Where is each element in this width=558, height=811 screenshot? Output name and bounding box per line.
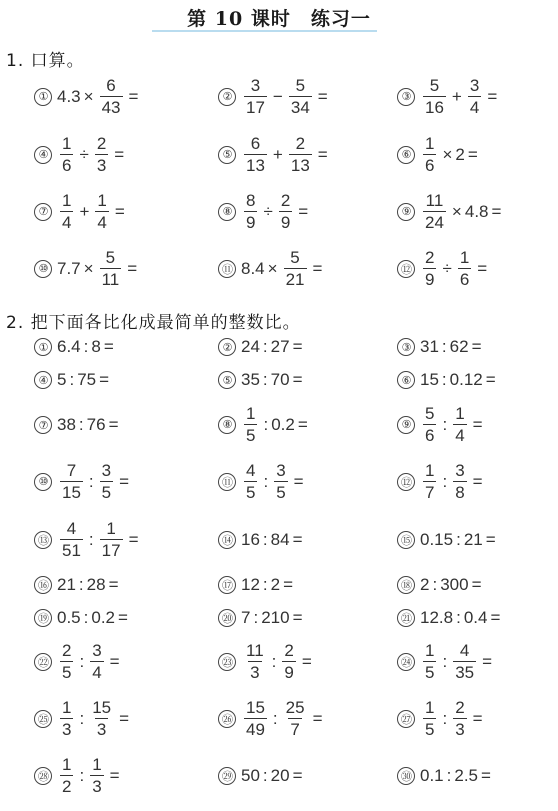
operator: ÷ [79, 145, 88, 165]
operator: × [452, 202, 462, 222]
fraction: 317 [244, 77, 267, 116]
fraction: 15 [244, 405, 257, 444]
fraction: 23 [95, 135, 108, 174]
problem-number: ⑦ [34, 203, 52, 221]
fraction: 56 [423, 405, 436, 444]
number: 2.5 [454, 766, 478, 786]
problem-item: ㉒25:34= [34, 642, 123, 681]
denominator: 3 [248, 661, 261, 681]
problem-number: ⑭ [218, 531, 236, 549]
numerator: 1 [90, 756, 103, 775]
denominator: 13 [244, 154, 267, 174]
denominator: 9 [244, 211, 257, 231]
number: 20 [271, 766, 290, 786]
problem-item: ㉖1549:257= [218, 699, 326, 738]
section-1-heading: 1. 口算。 [6, 46, 85, 71]
fraction: 1549 [244, 699, 267, 738]
operator: : [263, 530, 268, 550]
operator: : [263, 472, 268, 492]
problem-item: ②317−534= [218, 77, 331, 116]
problem-item: ⑰12:2= [218, 575, 296, 595]
operator: : [89, 472, 94, 492]
problem-item: ⑬451:117= [34, 520, 142, 559]
denominator: 4 [453, 424, 466, 444]
problem-item: ㉕13:153= [34, 699, 132, 738]
operator: = [486, 370, 496, 390]
denominator: 15 [60, 481, 83, 501]
operator: + [452, 87, 462, 107]
operator: = [472, 575, 482, 595]
denominator: 5 [244, 424, 257, 444]
operator: = [490, 608, 500, 628]
operator: × [84, 259, 94, 279]
operator: = [482, 652, 492, 672]
problem-item: ⑦38:76= [34, 415, 122, 435]
number: 0.5 [57, 608, 81, 628]
operator: = [127, 259, 137, 279]
numerator: 2 [282, 642, 295, 661]
number: 0.2 [271, 415, 295, 435]
denominator: 5 [100, 481, 113, 501]
numerator: 2 [95, 135, 108, 154]
fraction: 213 [289, 135, 312, 174]
operator: = [473, 709, 483, 729]
operator: = [477, 259, 487, 279]
numerator: 15 [90, 699, 113, 718]
operator: = [293, 337, 303, 357]
numerator: 3 [100, 462, 113, 481]
denominator: 5 [244, 481, 257, 501]
fraction: 511 [100, 249, 122, 288]
number: 84 [271, 530, 290, 550]
problem-item: ⑮0.15:21= [397, 530, 499, 550]
number: 21 [464, 530, 483, 550]
operator: = [99, 370, 109, 390]
operator: : [69, 370, 74, 390]
problem-number: ⑨ [397, 416, 415, 434]
denominator: 2 [60, 775, 73, 795]
operator: : [272, 652, 277, 672]
numerator: 2 [453, 699, 466, 718]
numerator: 1 [423, 135, 436, 154]
numerator: 1 [423, 462, 436, 481]
number: 2 [455, 145, 464, 165]
operator: = [294, 472, 304, 492]
number: 0.12 [450, 370, 483, 390]
fraction: 38 [453, 462, 466, 501]
numerator: 2 [423, 249, 436, 268]
operator: = [110, 766, 120, 786]
operator: : [442, 652, 447, 672]
number: 16 [241, 530, 260, 550]
problem-item: ⑧15:0.2= [218, 405, 311, 444]
fraction: 15 [423, 699, 436, 738]
problem-item: ㉚0.1:2.5= [397, 766, 494, 786]
operator: ÷ [263, 202, 272, 222]
operator: = [486, 530, 496, 550]
numerator: 3 [90, 642, 103, 661]
operator: = [109, 575, 119, 595]
operator: : [456, 530, 461, 550]
operator: = [293, 766, 303, 786]
denominator: 4 [95, 211, 108, 231]
number: 7.7 [57, 259, 81, 279]
operator: = [302, 652, 312, 672]
fraction: 534 [289, 77, 312, 116]
numerator: 5 [104, 249, 117, 268]
problem-number: ⑪ [218, 260, 236, 278]
fraction: 613 [244, 135, 267, 174]
fraction: 153 [90, 699, 113, 738]
denominator: 5 [423, 661, 436, 681]
denominator: 9 [279, 211, 292, 231]
denominator: 6 [423, 154, 436, 174]
problem-number: ⑧ [218, 416, 236, 434]
denominator: 43 [100, 96, 123, 116]
denominator: 3 [453, 718, 466, 738]
denominator: 8 [453, 481, 466, 501]
operator: : [273, 709, 278, 729]
numerator: 3 [453, 462, 466, 481]
problem-item: ⑩7.7×511= [34, 249, 140, 288]
problem-number: ㉗ [397, 710, 415, 728]
problem-item: ⑥16×2= [397, 135, 481, 174]
problem-item: ⑦14+14= [34, 192, 128, 231]
operator: : [456, 608, 461, 628]
operator: = [293, 608, 303, 628]
problem-number: ⑮ [397, 531, 415, 549]
numerator: 1 [60, 699, 73, 718]
problem-item: ①6.4:8= [34, 337, 117, 357]
operator: = [473, 472, 483, 492]
operator: : [79, 709, 84, 729]
number: 70 [271, 370, 290, 390]
fraction: 25 [60, 642, 73, 681]
problem-item: ⑫29÷16= [397, 249, 490, 288]
operator: = [313, 259, 323, 279]
operator: : [442, 472, 447, 492]
fraction: 16 [60, 135, 73, 174]
denominator: 6 [458, 268, 471, 288]
fraction: 435 [453, 642, 476, 681]
numerator: 2 [279, 192, 292, 211]
denominator: 3 [60, 718, 73, 738]
number: 7 [241, 608, 250, 628]
problem-item: ⑤613+213= [218, 135, 331, 174]
denominator: 6 [423, 424, 436, 444]
numerator: 1 [458, 249, 471, 268]
numerator: 4 [65, 520, 78, 539]
number: 12 [241, 575, 260, 595]
operator: : [84, 337, 89, 357]
problem-item: ㉙50:20= [218, 766, 306, 786]
operator: = [293, 370, 303, 390]
problem-number: ㉘ [34, 767, 52, 785]
operator: : [263, 575, 268, 595]
numerator: 8 [244, 192, 257, 211]
denominator: 51 [60, 539, 83, 559]
operator: : [84, 608, 89, 628]
fraction: 113 [244, 642, 266, 681]
number: 38 [57, 415, 76, 435]
number: 0.4 [464, 608, 488, 628]
problem-number: ⑰ [218, 576, 236, 594]
operator: = [313, 709, 323, 729]
denominator: 5 [60, 661, 73, 681]
problem-item: ㉘12:13= [34, 756, 123, 795]
problem-number: ② [218, 338, 236, 356]
operator: : [442, 337, 447, 357]
numerator: 1 [244, 405, 257, 424]
operator: = [318, 87, 328, 107]
problem-number: ⑲ [34, 609, 52, 627]
numerator: 5 [288, 249, 301, 268]
fraction: 1124 [423, 192, 446, 231]
fraction: 14 [60, 192, 73, 231]
problem-item: ㉑12.8:0.4= [397, 608, 503, 628]
problem-number: ⑩ [34, 260, 52, 278]
problem-number: ⑯ [34, 576, 52, 594]
denominator: 4 [90, 661, 103, 681]
fraction: 16 [423, 135, 436, 174]
operator: − [273, 87, 283, 107]
operator: + [273, 145, 283, 165]
problem-number: ⑫ [397, 260, 415, 278]
numerator: 11 [424, 192, 446, 211]
title-underline [152, 30, 377, 32]
operator: = [119, 709, 129, 729]
fraction: 29 [279, 192, 292, 231]
number: 28 [87, 575, 106, 595]
problem-item: ④16÷23= [34, 135, 127, 174]
operator: : [79, 766, 84, 786]
number: 6.4 [57, 337, 81, 357]
fraction: 89 [244, 192, 257, 231]
fraction: 715 [60, 462, 83, 501]
operator: : [442, 415, 447, 435]
numerator: 3 [274, 462, 287, 481]
operator: = [109, 415, 119, 435]
operator: = [110, 652, 120, 672]
problem-number: ⑥ [397, 371, 415, 389]
denominator: 6 [60, 154, 73, 174]
problem-number: ⑤ [218, 371, 236, 389]
number: 2 [271, 575, 280, 595]
operator: = [473, 415, 483, 435]
numerator: 1 [423, 642, 436, 661]
number: 4.8 [465, 202, 489, 222]
fraction: 117 [100, 520, 123, 559]
denominator: 49 [244, 718, 267, 738]
number: 2 [420, 575, 429, 595]
fraction: 516 [423, 77, 446, 116]
problem-item: ③516+34= [397, 77, 500, 116]
denominator: 24 [423, 211, 446, 231]
numerator: 4 [458, 642, 471, 661]
problem-item: ⑨56:14= [397, 405, 486, 444]
denominator: 34 [289, 96, 312, 116]
problem-number: ㉓ [218, 653, 236, 671]
fraction: 13 [90, 756, 103, 795]
problem-number: ⑨ [397, 203, 415, 221]
operator: = [129, 87, 139, 107]
operator: : [263, 766, 268, 786]
operator: = [481, 766, 491, 786]
operator: : [263, 370, 268, 390]
problem-number: ㉚ [397, 767, 415, 785]
operator: = [298, 202, 308, 222]
number: 8.4 [241, 259, 265, 279]
denominator: 16 [423, 96, 446, 116]
numerator: 6 [104, 77, 117, 96]
fraction: 451 [60, 520, 83, 559]
number: 35 [241, 370, 260, 390]
problem-number: ㉖ [218, 710, 236, 728]
number: 75 [77, 370, 96, 390]
problem-number: ⑥ [397, 146, 415, 164]
numerator: 2 [60, 642, 73, 661]
operator: ÷ [442, 259, 451, 279]
numerator: 3 [468, 77, 481, 96]
number: 12.8 [420, 608, 453, 628]
fraction: 35 [100, 462, 113, 501]
numerator: 1 [95, 192, 108, 211]
problem-item: ⑪8.4×521= [218, 249, 325, 288]
problem-number: ㉒ [34, 653, 52, 671]
problem-number: ① [34, 338, 52, 356]
problem-item: ⑳7:210= [218, 608, 306, 628]
fraction: 14 [95, 192, 108, 231]
numerator: 5 [423, 405, 436, 424]
denominator: 7 [288, 718, 301, 738]
operator: × [84, 87, 94, 107]
fraction: 29 [423, 249, 436, 288]
number: 27 [271, 337, 290, 357]
section-2-heading: 2. 把下面各比化成最简单的整数比。 [6, 308, 301, 333]
number: 0.2 [91, 608, 115, 628]
denominator: 5 [423, 718, 436, 738]
numerator: 1 [60, 756, 73, 775]
problem-item: ⑱2:300= [397, 575, 485, 595]
denominator: 5 [274, 481, 287, 501]
fraction: 643 [100, 77, 123, 116]
numerator: 1 [423, 699, 436, 718]
problem-number: ㉔ [397, 653, 415, 671]
fraction: 34 [468, 77, 481, 116]
problem-number: ⑬ [34, 531, 52, 549]
number: 15 [420, 370, 439, 390]
numerator: 1 [60, 135, 73, 154]
number: 0.1 [420, 766, 444, 786]
problem-item: ⑨1124×4.8= [397, 192, 504, 231]
operator: = [487, 87, 497, 107]
operator: = [119, 472, 129, 492]
number: 62 [450, 337, 469, 357]
numerator: 1 [453, 405, 466, 424]
operator: : [263, 415, 268, 435]
number: 24 [241, 337, 260, 357]
problem-item: ③31:62= [397, 337, 485, 357]
problem-item: ⑭16:84= [218, 530, 306, 550]
operator: = [129, 530, 139, 550]
page-title: 第 10 课时 练习一 [0, 4, 558, 31]
problem-number: ② [218, 88, 236, 106]
problem-item: ⑩715:35= [34, 462, 132, 501]
operator: = [318, 145, 328, 165]
number: 50 [241, 766, 260, 786]
operator: = [283, 575, 293, 595]
number: 31 [420, 337, 439, 357]
operator: = [472, 337, 482, 357]
operator: : [447, 766, 452, 786]
number: 4.3 [57, 87, 81, 107]
problem-item: ⑤35:70= [218, 370, 306, 390]
denominator: 17 [244, 96, 267, 116]
problem-number: ⑱ [397, 576, 415, 594]
denominator: 4 [60, 211, 73, 231]
problem-item: ㉓113:29= [218, 642, 315, 681]
denominator: 3 [95, 718, 108, 738]
operator: : [89, 530, 94, 550]
fraction: 16 [458, 249, 471, 288]
number: 76 [87, 415, 106, 435]
operator: : [263, 337, 268, 357]
numerator: 6 [249, 135, 262, 154]
fraction: 23 [453, 699, 466, 738]
operator: = [468, 145, 478, 165]
operator: × [442, 145, 452, 165]
number: 300 [440, 575, 468, 595]
problem-number: ① [34, 88, 52, 106]
operator: : [79, 575, 84, 595]
numerator: 11 [244, 642, 266, 661]
operator: = [114, 145, 124, 165]
problem-number: ⑤ [218, 146, 236, 164]
problem-item: ⑧89÷29= [218, 192, 311, 231]
numerator: 1 [60, 192, 73, 211]
operator: = [293, 530, 303, 550]
denominator: 3 [95, 154, 108, 174]
operator: : [79, 652, 84, 672]
denominator: 7 [423, 481, 436, 501]
denominator: 17 [100, 539, 123, 559]
problem-number: ⑩ [34, 473, 52, 491]
fraction: 45 [244, 462, 257, 501]
operator: = [115, 202, 125, 222]
operator: = [118, 608, 128, 628]
number: 8 [91, 337, 100, 357]
problem-number: ㉙ [218, 767, 236, 785]
numerator: 5 [294, 77, 307, 96]
number: 21 [57, 575, 76, 595]
operator: : [442, 370, 447, 390]
fraction: 29 [282, 642, 295, 681]
operator: : [253, 608, 258, 628]
problem-number: ③ [397, 338, 415, 356]
problem-number: ⑪ [218, 473, 236, 491]
denominator: 9 [423, 268, 436, 288]
problem-number: ⑦ [34, 416, 52, 434]
number: 5 [57, 370, 66, 390]
problem-item: ⑥15:0.12= [397, 370, 499, 390]
fraction: 17 [423, 462, 436, 501]
problem-item: ⑲0.5:0.2= [34, 608, 131, 628]
fraction: 12 [60, 756, 73, 795]
problem-number: ③ [397, 88, 415, 106]
problem-number: ④ [34, 146, 52, 164]
numerator: 4 [244, 462, 257, 481]
numerator: 3 [249, 77, 262, 96]
